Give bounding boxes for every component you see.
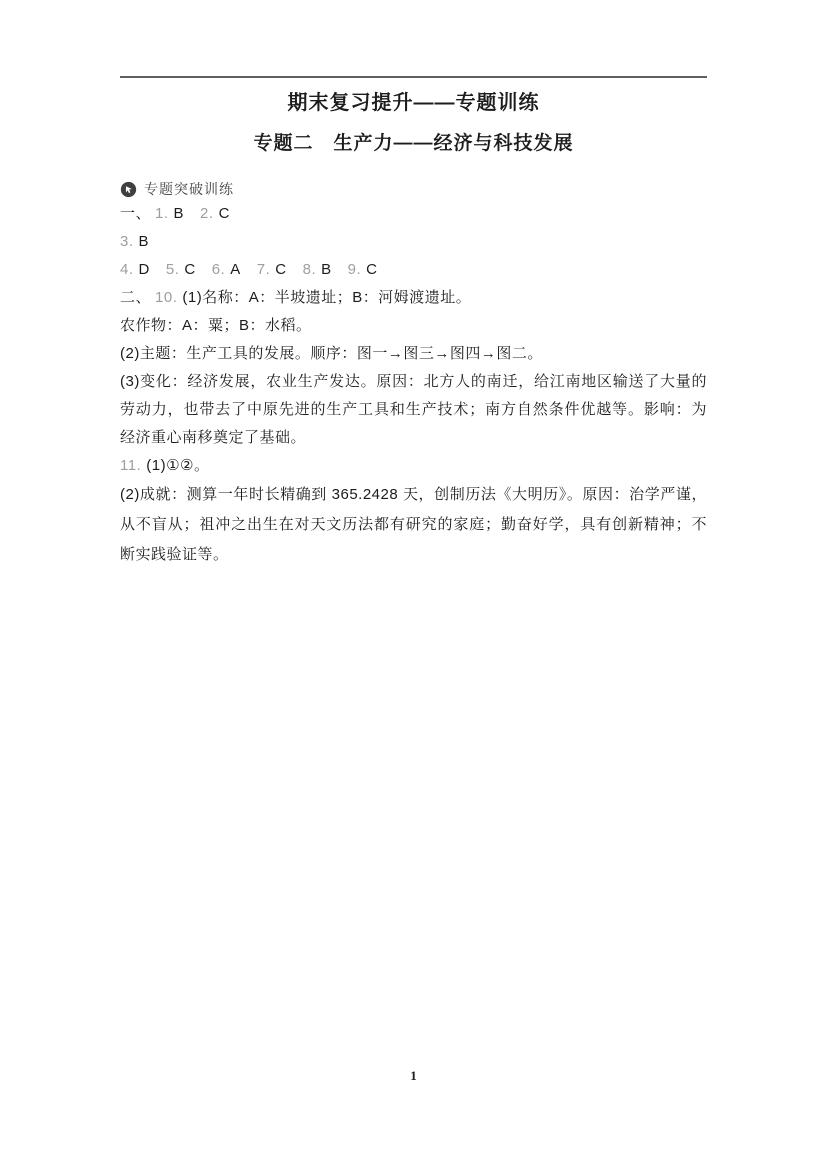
question-number: 11.	[120, 457, 141, 474]
arrow-badge-icon	[120, 181, 137, 198]
page-title: 期末复习提升——专题训练	[120, 90, 707, 116]
answer-letter: B	[174, 205, 185, 222]
answer-paragraph: (2)主题：生产工具的发展。顺序：图一→图三→图四→图二。	[120, 340, 707, 368]
answer-letter: B	[139, 233, 150, 250]
answer-letter: C	[366, 261, 377, 278]
answer-letter: C	[219, 205, 230, 222]
answer-row: 一、1.B2.C	[120, 200, 707, 228]
page-number: 1	[0, 1068, 827, 1084]
question-number: 6.	[212, 261, 226, 278]
answer-paragraph: 二、10.(1)名称：A：半坡遗址；B：河姆渡遗址。	[120, 284, 707, 312]
question-number: 8.	[303, 261, 317, 278]
question-number: 5.	[166, 261, 180, 278]
answer-paragraph: 农作物：A：粟；B：水稻。	[120, 312, 707, 340]
question-11-answer: 11.(1)①②。 (2)成就：测算一年时长精确到 365.2428 天，创制历…	[120, 452, 707, 570]
part-marker: 一、	[120, 205, 151, 222]
header-rule	[120, 76, 707, 78]
question-10-answer: 二、10.(1)名称：A：半坡遗址；B：河姆渡遗址。 农作物：A：粟；B：水稻。…	[120, 284, 707, 452]
question-number: 3.	[120, 233, 134, 250]
part-marker: 二、	[120, 289, 151, 306]
answer-paragraph: (3)变化：经济发展，农业生产发达。原因：北方人的南迁，给江南地区输送了大量的劳…	[120, 368, 707, 452]
answer-letter: A	[230, 261, 241, 278]
document-page: 期末复习提升——专题训练 专题二 生产力——经济与科技发展 专题突破训练 一、1…	[0, 0, 827, 1169]
answer-row: 4.D5.C6.A7.C8.B9.C	[120, 256, 707, 284]
section-header-label: 专题突破训练	[144, 179, 234, 199]
answer-paragraph: (2)成就：测算一年时长精确到 365.2428 天，创制历法《大明历》。原因：…	[120, 480, 707, 570]
question-number: 7.	[257, 261, 271, 278]
question-number: 9.	[348, 261, 362, 278]
answer-row: 3.B	[120, 228, 707, 256]
page-subtitle: 专题二 生产力——经济与科技发展	[120, 130, 707, 158]
answer-text: (1)①②。	[146, 457, 209, 474]
question-number: 10.	[155, 289, 177, 306]
page-content: 期末复习提升——专题训练 专题二 生产力——经济与科技发展 专题突破训练 一、1…	[120, 90, 707, 570]
answer-letter: C	[184, 261, 195, 278]
question-number: 2.	[200, 205, 214, 222]
question-number: 1.	[155, 205, 169, 222]
section-header: 专题突破训练	[120, 178, 707, 200]
answer-letter: B	[321, 261, 332, 278]
answer-paragraph: 11.(1)①②。	[120, 452, 707, 480]
question-number: 4.	[120, 261, 134, 278]
answer-text: (1)名称：A：半坡遗址；B：河姆渡遗址。	[182, 289, 471, 306]
answer-letter: D	[139, 261, 150, 278]
answer-letter: C	[275, 261, 286, 278]
choice-answers: 一、1.B2.C 3.B 4.D5.C6.A7.C8.B9.C	[120, 200, 707, 284]
